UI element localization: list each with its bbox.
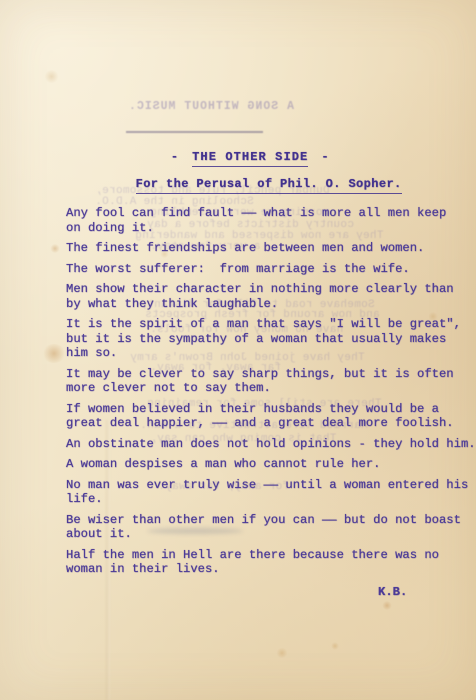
aphorism: If women believed in their husbands they… (66, 402, 476, 431)
aphorism: No man was ever truly wise —— until a wo… (66, 478, 476, 507)
aphorism: Men show their character in nothing more… (66, 282, 476, 311)
dedication-line: For the Perusal of Phil. O. Sopher. (90, 163, 402, 205)
aphorism: Any fool can find fault —— what is more … (66, 206, 476, 235)
aphorism: Half the men in Hell are there because t… (66, 548, 476, 577)
title-dash-left: - (171, 150, 179, 164)
aphorism: The worst sufferer: from marriage is the… (66, 262, 476, 277)
title-dash-right: - (321, 150, 329, 164)
aphorism: Be wiser than other men if you can —— bu… (66, 513, 476, 542)
scanned-typewritten-page: A SONG WITHOUT MUSIC. Dunbar pencil, rul… (0, 0, 476, 700)
typed-content: -THE OTHER SIDE- For the Perusal of Phil… (0, 0, 476, 700)
aphorism: It is the spirit of a man that says "I w… (66, 317, 476, 361)
aphorism: It may be clever to say sharp things, bu… (66, 367, 476, 396)
aphorism: An obstinate man does not hold opinions … (66, 437, 476, 452)
aphorism-list: Any fool can find fault —— what is more … (66, 206, 476, 605)
signature: K.B. (66, 585, 476, 600)
aphorism: The finest friendships are between men a… (66, 241, 476, 256)
dedication-text: For the Perusal of Phil. O. Sopher. (136, 177, 402, 194)
aphorism: A woman despises a man who cannot rule h… (66, 457, 476, 472)
